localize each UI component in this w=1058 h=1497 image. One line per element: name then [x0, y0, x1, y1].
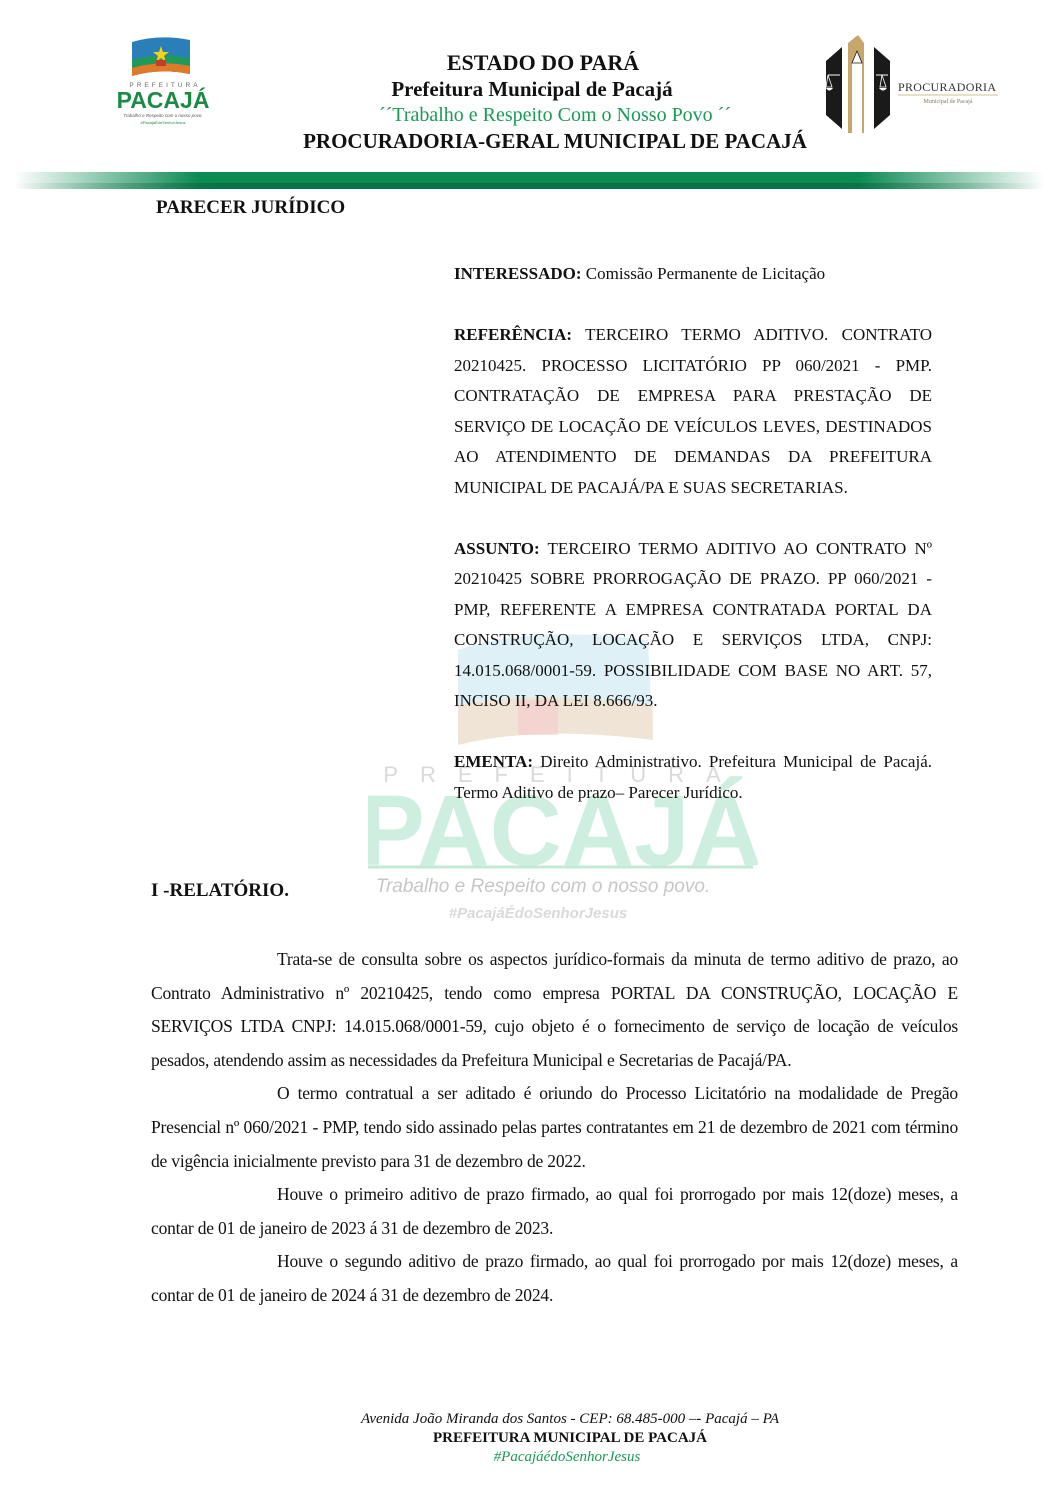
- assunto: ASSUNTO: TERCEIRO TERMO ADITIVO AO CONTR…: [454, 534, 932, 717]
- interessado-label: INTERESSADO:: [454, 264, 582, 283]
- prefeitura-pacaja-logo: PREFEITURA PACAJÁ Trabalho e Respeito co…: [100, 32, 230, 127]
- section-title-relatorio: I -RELATÓRIO.: [151, 880, 289, 902]
- scales-of-justice-icon: PROCURADORIA Municipal de Pacajá: [822, 33, 1022, 135]
- municipality-name: Prefeitura Municipal de Pacajá: [267, 76, 797, 102]
- svg-text:Municipal de Pacajá: Municipal de Pacajá: [924, 99, 973, 105]
- state-name: ESTADO DO PARÁ: [278, 50, 808, 76]
- ementa-label: EMENTA:: [454, 752, 533, 771]
- referencia-value: TERCEIRO TERMO ADITIVO. CONTRATO 2021042…: [454, 325, 932, 497]
- interessado-value: Comissão Permanente de Licitação: [586, 264, 825, 283]
- assunto-value: TERCEIRO TERMO ADITIVO AO CONTRATO Nº 20…: [454, 539, 932, 711]
- ementa: EMENTA: Direito Administrativo. Prefeitu…: [454, 747, 932, 808]
- footer-org: PREFEITURA MUNICIPAL DE PACAJÁ: [330, 1429, 810, 1448]
- svg-text:#PacajáÉdoSenhorJesus: #PacajáÉdoSenhorJesus: [141, 120, 186, 125]
- svg-text:PROCURADORIA: PROCURADORIA: [898, 80, 996, 94]
- paragraph: O termo contratual a ser aditado é oriun…: [151, 1077, 958, 1178]
- paragraph: Houve o segundo aditivo de prazo firmado…: [151, 1245, 958, 1312]
- letterhead: ESTADO DO PARÁ Prefeitura Municipal de P…: [290, 50, 820, 154]
- paragraph: Trata-se de consulta sobre os aspectos j…: [151, 943, 958, 1077]
- procuradoria-logo: PROCURADORIA Municipal de Pacajá: [822, 33, 1022, 135]
- footer-hashtag: #PacajáédoSenhorJesus: [327, 1448, 807, 1467]
- header-divider: [14, 172, 1044, 189]
- svg-text:Trabalho e Respeito com o noss: Trabalho e Respeito com o nosso povo.: [123, 113, 202, 118]
- svg-text:#PacajáÉdoSenhorJesus: #PacajáÉdoSenhorJesus: [449, 905, 627, 922]
- pacaja-flag-icon: PREFEITURA PACAJÁ Trabalho e Respeito co…: [100, 32, 230, 127]
- motto: ´´Trabalho e Respeito Com o Nosso Povo ´…: [290, 102, 820, 128]
- svg-text:PACAJÁ: PACAJÁ: [117, 86, 210, 113]
- referencia-label: REFERÊNCIA:: [454, 325, 572, 344]
- svg-text:Trabalho e Respeito com o noss: Trabalho e Respeito com o nosso povo.: [376, 876, 710, 897]
- page-footer: Avenida João Miranda dos Santos - CEP: 6…: [330, 1410, 810, 1467]
- document-title: PARECER JURÍDICO: [156, 197, 345, 219]
- office-name: PROCURADORIA-GERAL MUNICIPAL DE PACAJÁ: [290, 128, 820, 154]
- referencia: REFERÊNCIA: TERCEIRO TERMO ADITIVO. CONT…: [454, 320, 932, 503]
- interessado: INTERESSADO: Comissão Permanente de Lici…: [454, 259, 932, 290]
- assunto-label: ASSUNTO:: [454, 539, 540, 558]
- footer-address: Avenida João Miranda dos Santos - CEP: 6…: [330, 1410, 810, 1429]
- paragraph: Houve o primeiro aditivo de prazo firmad…: [151, 1178, 958, 1245]
- case-summary: INTERESSADO: Comissão Permanente de Lici…: [454, 259, 932, 839]
- relatorio-body: Trata-se de consulta sobre os aspectos j…: [151, 943, 958, 1313]
